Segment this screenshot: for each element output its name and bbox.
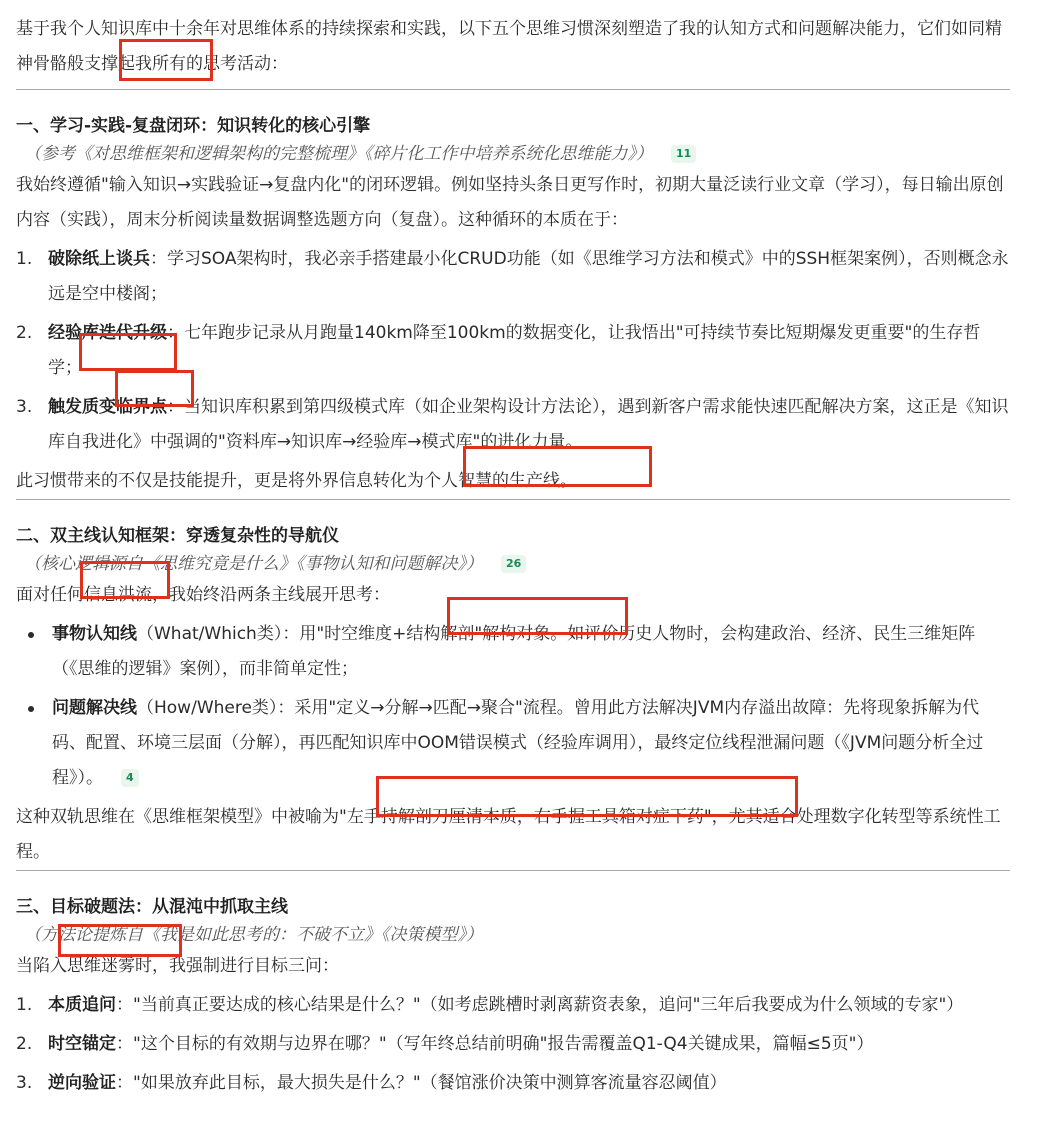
section-title: 三、目标破题法：从混沌中抓取主线 — [16, 893, 1010, 921]
section-lead: 当陷入思维迷雾时，我强制进行目标三问： — [16, 949, 1010, 984]
section-lead: 面对任何信息洪流，我始终沿两条主线展开思考： — [16, 578, 1010, 613]
divider — [16, 89, 1010, 90]
list-term: 问题解决线 — [52, 698, 137, 718]
divider — [16, 499, 1010, 500]
section-title: 二、双主线认知框架：穿透复杂性的导航仪 — [16, 522, 1010, 550]
list-number: 1. — [16, 242, 32, 277]
citation-badge[interactable]: 11 — [671, 145, 696, 163]
list-term: 触发质变临界点 — [48, 397, 167, 417]
bottom-clip — [0, 1100, 1055, 1122]
section-title: 一、学习-实践-复盘闭环：知识转化的核心引擎 — [16, 112, 1010, 140]
section-reference: （核心逻辑源自《思维究竟是什么》《事物认知和问题解决》）26 — [16, 550, 1010, 578]
section-closing: 此习惯带来的不仅是技能提升，更是将外界信息转化为个人智慧的生产线。 — [16, 464, 1010, 499]
citation-badge[interactable]: 26 — [501, 555, 526, 573]
ordered-list: 1.本质追问："当前真正要达成的核心结果是什么？"（如考虑跳槽时剥离薪资表象，追… — [16, 988, 1010, 1101]
list-text: ："如果放弃此目标，最大损失是什么？"（餐馆涨价决策中测算客流量容忍阈值） — [116, 1073, 727, 1093]
list-term: 经验库迭代升级 — [48, 323, 167, 343]
list-text: ："这个目标的有效期与边界在哪？"（写年终总结前明确"报告需覆盖Q1-Q4关键成… — [116, 1034, 874, 1054]
divider — [16, 870, 1010, 871]
section-reference: （方法论提炼自《我是如此思考的：不破不立》《决策模型》） — [16, 921, 1010, 949]
list-number: 3. — [16, 1066, 32, 1101]
list-term: 时空锚定 — [48, 1034, 116, 1054]
bullet-list: 事物认知线（What/Which类）：用"时空维度+结构解剖"解构对象。如评价历… — [16, 617, 1010, 796]
list-number: 1. — [16, 988, 32, 1023]
intro-paragraph: 基于我个人知识库中十余年对思维体系的持续探索和实践，以下五个思维习惯深刻塑造了我… — [16, 12, 1010, 82]
section-lead: 我始终遵循"输入知识→实践验证→复盘内化"的闭环逻辑。例如坚持头条日更写作时，初… — [16, 168, 1010, 238]
list-text: ：七年跑步记录从月跑量140km降至100km的数据变化，让我悟出"可持续节奏比… — [48, 323, 980, 378]
bullet-dot — [28, 632, 34, 638]
list-item: 2.经验库迭代升级：七年跑步记录从月跑量140km降至100km的数据变化，让我… — [16, 316, 1010, 386]
list-item: 3.逆向验证："如果放弃此目标，最大损失是什么？"（餐馆涨价决策中测算客流量容忍… — [16, 1066, 1010, 1101]
list-term: 破除纸上谈兵 — [48, 249, 150, 269]
list-term: 本质追问 — [48, 995, 116, 1015]
section-reference: （参考《对思维框架和逻辑架构的完整梳理》《碎片化工作中培养系统化思维能力》）11 — [16, 140, 1010, 168]
section-closing: 这种双轨思维在《思维框架模型》中被喻为"左手持解剖刀厘清本质，右手握工具箱对症下… — [16, 800, 1010, 870]
list-item: 1.破除纸上谈兵：学习SOA架构时，我必亲手搭建最小化CRUD功能（如《思维学习… — [16, 242, 1010, 312]
list-text: ："当前真正要达成的核心结果是什么？"（如考虑跳槽时剥离薪资表象，追问"三年后我… — [116, 995, 963, 1015]
list-item: 事物认知线（What/Which类）：用"时空维度+结构解剖"解构对象。如评价历… — [16, 617, 1010, 687]
list-item: 1.本质追问："当前真正要达成的核心结果是什么？"（如考虑跳槽时剥离薪资表象，追… — [16, 988, 1010, 1023]
reference-text: （核心逻辑源自《思维究竟是什么》《事物认知和问题解决》） — [24, 554, 483, 574]
ordered-list: 1.破除纸上谈兵：学习SOA架构时，我必亲手搭建最小化CRUD功能（如《思维学习… — [16, 242, 1010, 460]
reference-text: （方法论提炼自《我是如此思考的：不破不立》《决策模型》） — [24, 925, 483, 945]
bullet-dot — [28, 706, 34, 712]
section-3: 三、目标破题法：从混沌中抓取主线 （方法论提炼自《我是如此思考的：不破不立》《决… — [16, 893, 1010, 1101]
list-item: 问题解决线（How/Where类）：采用"定义→分解→匹配→聚合"流程。曾用此方… — [16, 691, 1010, 796]
list-number: 2. — [16, 1027, 32, 1062]
list-item: 3.触发质变临界点：当知识库积累到第四级模式库（如企业架构设计方法论），遇到新客… — [16, 390, 1010, 460]
section-1: 一、学习-实践-复盘闭环：知识转化的核心引擎 （参考《对思维框架和逻辑架构的完整… — [16, 112, 1010, 500]
list-term: 事物认知线 — [52, 624, 137, 644]
list-term: 逆向验证 — [48, 1073, 116, 1093]
list-text: ：当知识库积累到第四级模式库（如企业架构设计方法论），遇到新客户需求能快速匹配解… — [48, 397, 1009, 452]
section-2: 二、双主线认知框架：穿透复杂性的导航仪 （核心逻辑源自《思维究竟是什么》《事物认… — [16, 522, 1010, 871]
list-number: 2. — [16, 316, 32, 351]
reference-text: （参考《对思维框架和逻辑架构的完整梳理》《碎片化工作中培养系统化思维能力》） — [24, 144, 653, 164]
list-text: （What/Which类）：用"时空维度+结构解剖"解构对象。如评价历史人物时，… — [52, 624, 975, 679]
document-body: 基于我个人知识库中十余年对思维体系的持续探索和实践，以下五个思维习惯深刻塑造了我… — [16, 12, 1010, 1105]
list-text: ：学习SOA架构时，我必亲手搭建最小化CRUD功能（如《思维学习方法和模式》中的… — [48, 249, 1009, 304]
citation-badge[interactable]: 4 — [121, 769, 139, 787]
list-item: 2.时空锚定："这个目标的有效期与边界在哪？"（写年终总结前明确"报告需覆盖Q1… — [16, 1027, 1010, 1062]
list-text: （How/Where类）：采用"定义→分解→匹配→聚合"流程。曾用此方法解决JV… — [52, 698, 983, 788]
list-number: 3. — [16, 390, 32, 425]
